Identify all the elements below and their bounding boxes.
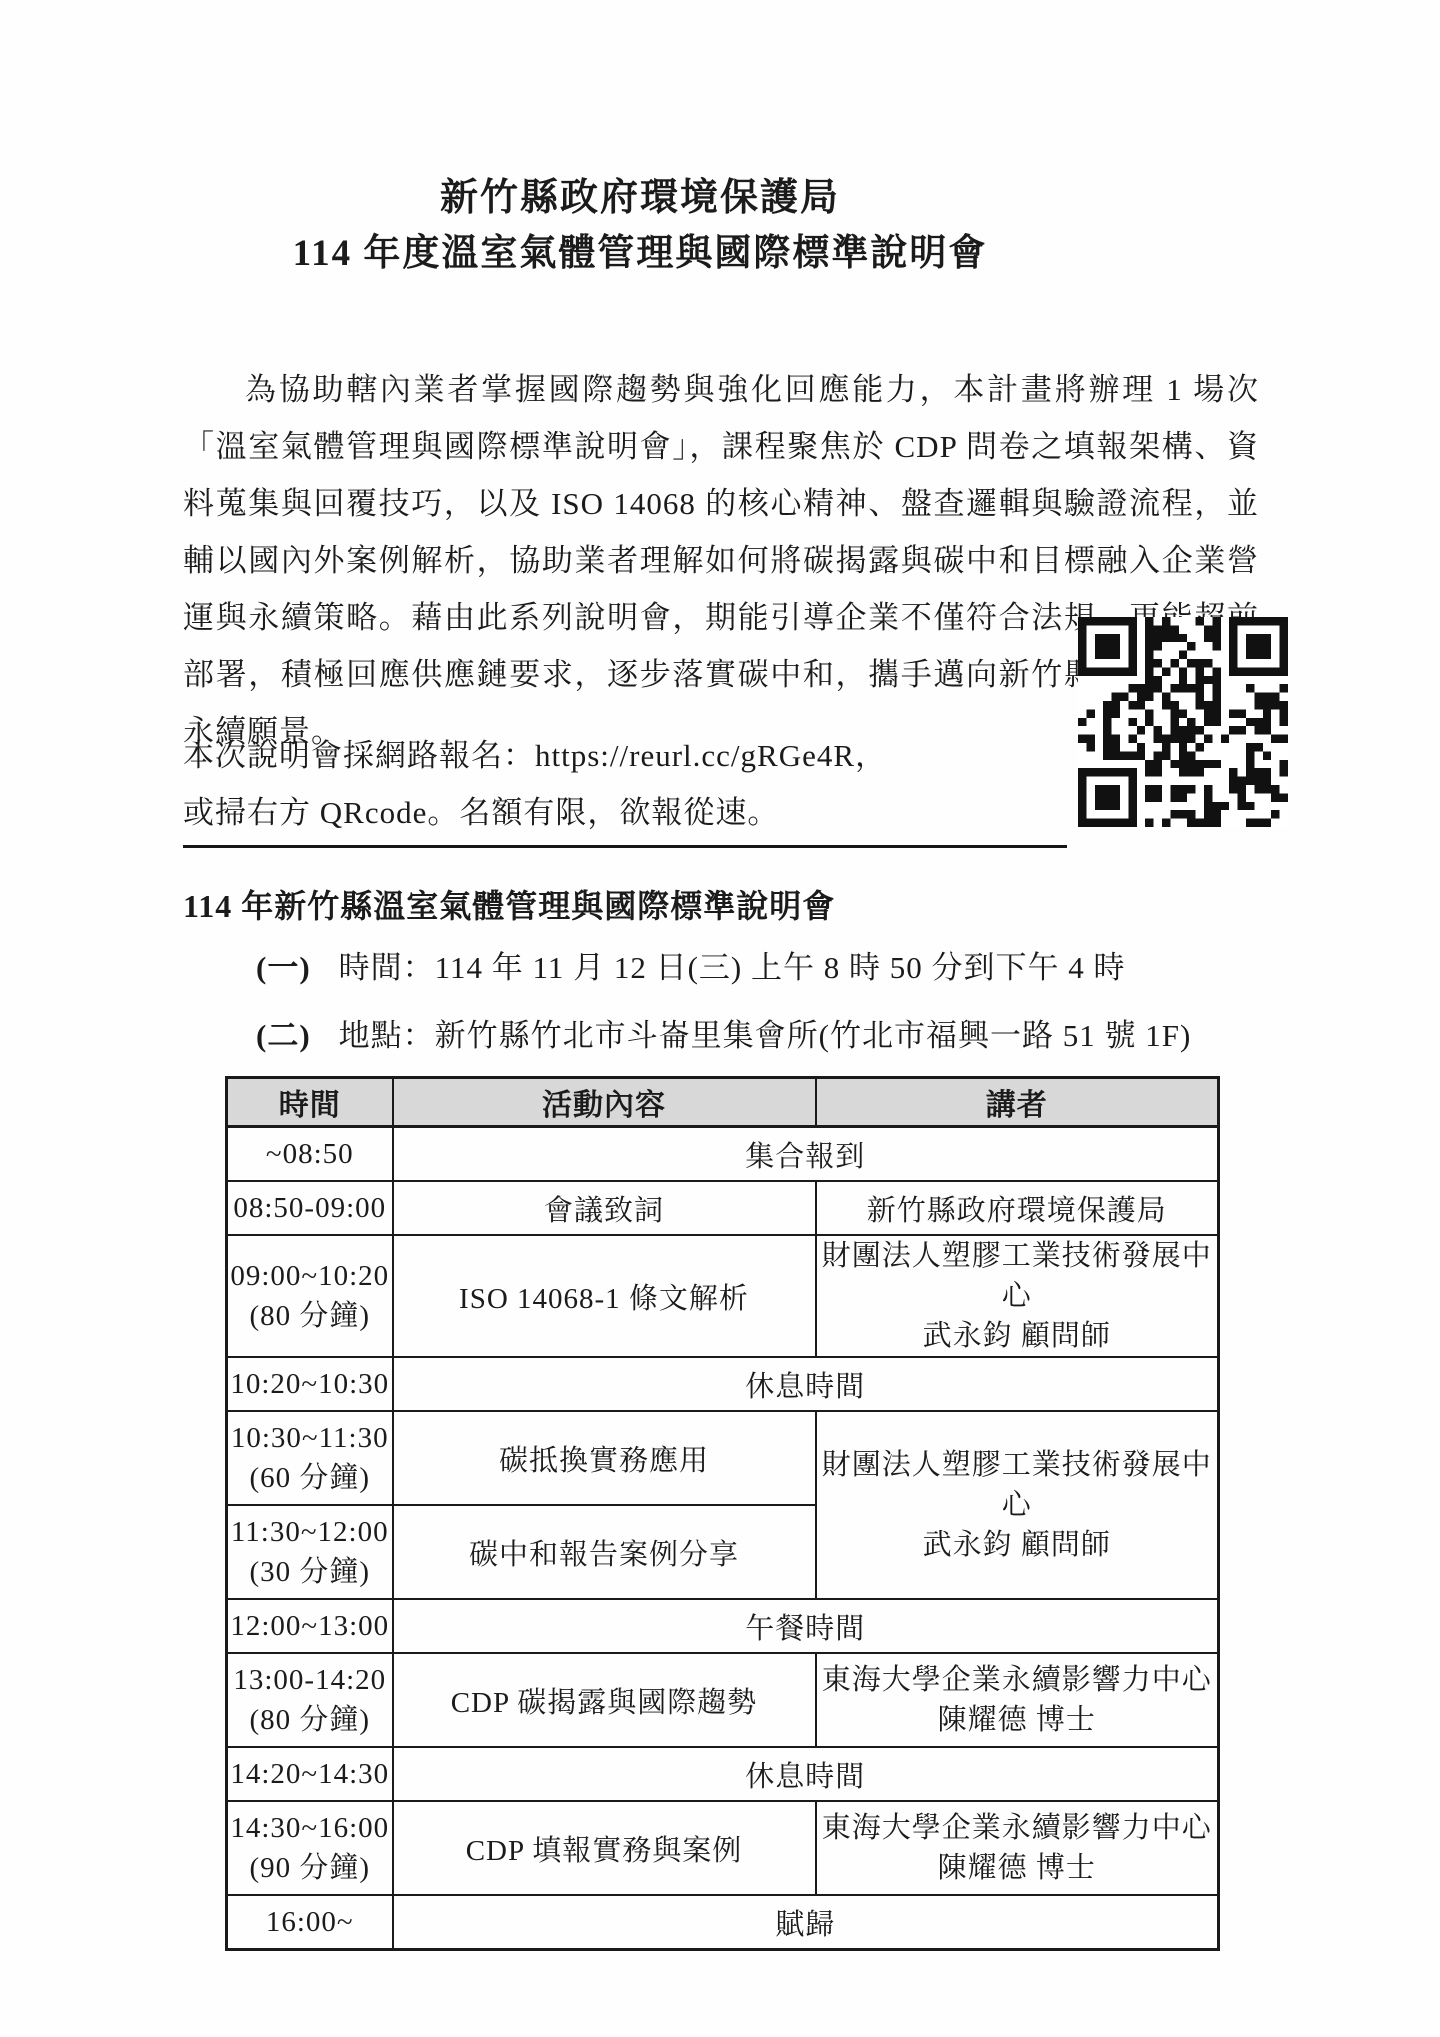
title-line2: 114 年度溫室氣體管理與國際標準說明會: [80, 226, 1200, 282]
schedule-header-row: 時間 活動內容 講者: [227, 1078, 1219, 1127]
cell-speaker: 東海大學企業永續影響力中心陳耀德 博士: [816, 1801, 1219, 1895]
cell-time: 14:30~16:00(90 分鐘): [227, 1801, 393, 1895]
cell-time: 08:50-09:00: [227, 1181, 393, 1235]
schedule-table: 時間 活動內容 講者 ~08:50集合報到08:50-09:00會議致詞新竹縣政…: [225, 1076, 1220, 1951]
cell-activity: 午餐時間: [393, 1599, 1219, 1653]
schedule-header-time: 時間: [227, 1078, 393, 1127]
schedule-body: ~08:50集合報到08:50-09:00會議致詞新竹縣政府環境保護局09:00…: [227, 1127, 1219, 1950]
schedule-row: 13:00-14:20(80 分鐘)CDP 碳揭露與國際趨勢東海大學企業永續影響…: [227, 1653, 1219, 1747]
cell-activity: 碳中和報告案例分享: [393, 1505, 816, 1599]
schedule-header-speaker: 講者: [816, 1078, 1219, 1127]
cell-time: 13:00-14:20(80 分鐘): [227, 1653, 393, 1747]
schedule-header-activity: 活動內容: [393, 1078, 816, 1127]
cell-activity: CDP 碳揭露與國際趨勢: [393, 1653, 816, 1747]
schedule-row: ~08:50集合報到: [227, 1127, 1219, 1182]
schedule-row: 09:00~10:20(80 分鐘)ISO 14068-1 條文解析財團法人塑膠…: [227, 1235, 1219, 1357]
title-line1: 新竹縣政府環境保護局: [80, 170, 1200, 226]
event-detail-time: (一)時間：114 年 11 月 12 日(三) 上午 8 時 50 分到下午 …: [256, 934, 1191, 1002]
schedule-row: 14:20~14:30休息時間: [227, 1747, 1219, 1801]
event-detail-location: (二)地點：新竹縣竹北市斗崙里集會所(竹北市福興一路 51 號 1F): [256, 1002, 1191, 1070]
cell-time: 16:00~: [227, 1895, 393, 1950]
cell-speaker: 東海大學企業永續影響力中心陳耀德 博士: [816, 1653, 1219, 1747]
cell-time: ~08:50: [227, 1127, 393, 1182]
registration-qr-code: [1078, 617, 1288, 827]
detail-marker: (二): [256, 1018, 311, 1053]
registration-line2: 或掃右方 QRcode。名額有限，欲報從速。: [183, 784, 1063, 841]
schedule-row: 10:20~10:30休息時間: [227, 1357, 1219, 1411]
cell-time: 10:30~11:30(60 分鐘): [227, 1411, 393, 1505]
cell-activity: 休息時間: [393, 1357, 1219, 1411]
cell-activity: 集合報到: [393, 1127, 1219, 1182]
schedule-row: 10:30~11:30(60 分鐘)碳抵換實務應用財團法人塑膠工業技術發展中心武…: [227, 1411, 1219, 1505]
section-divider: [183, 845, 1067, 848]
event-heading: 114 年新竹縣溫室氣體管理與國際標準說明會: [183, 884, 835, 928]
document-page: 新竹縣政府環境保護局 114 年度溫室氣體管理與國際標準說明會 為協助轄內業者掌…: [0, 0, 1440, 2037]
schedule-row: 16:00~賦歸: [227, 1895, 1219, 1950]
cell-activity: ISO 14068-1 條文解析: [393, 1235, 816, 1357]
registration-block: 本次說明會採網路報名：https://reurl.cc/gRGe4R， 或掃右方…: [183, 727, 1063, 841]
cell-activity: 賦歸: [393, 1895, 1219, 1950]
cell-time: 11:30~12:00(30 分鐘): [227, 1505, 393, 1599]
cell-activity: 休息時間: [393, 1747, 1219, 1801]
cell-speaker: 新竹縣政府環境保護局: [816, 1181, 1219, 1235]
event-details: (一)時間：114 年 11 月 12 日(三) 上午 8 時 50 分到下午 …: [256, 934, 1191, 1070]
cell-time: 12:00~13:00: [227, 1599, 393, 1653]
detail-text: 時間：114 年 11 月 12 日(三) 上午 8 時 50 分到下午 4 時: [339, 950, 1126, 985]
schedule-row: 08:50-09:00會議致詞新竹縣政府環境保護局: [227, 1181, 1219, 1235]
document-title: 新竹縣政府環境保護局 114 年度溫室氣體管理與國際標準說明會: [80, 170, 1200, 282]
cell-speaker: 財團法人塑膠工業技術發展中心武永鈞 顧問師: [816, 1235, 1219, 1357]
detail-text: 地點：新竹縣竹北市斗崙里集會所(竹北市福興一路 51 號 1F): [339, 1018, 1192, 1053]
cell-time: 10:20~10:30: [227, 1357, 393, 1411]
registration-line1: 本次說明會採網路報名：https://reurl.cc/gRGe4R，: [183, 727, 1063, 784]
schedule-row: 12:00~13:00午餐時間: [227, 1599, 1219, 1653]
cell-activity: 會議致詞: [393, 1181, 816, 1235]
cell-activity: 碳抵換實務應用: [393, 1411, 816, 1505]
detail-marker: (一): [256, 950, 311, 985]
cell-time: 09:00~10:20(80 分鐘): [227, 1235, 393, 1357]
cell-speaker: 財團法人塑膠工業技術發展中心武永鈞 顧問師: [816, 1411, 1219, 1599]
cell-activity: CDP 填報實務與案例: [393, 1801, 816, 1895]
schedule-row: 14:30~16:00(90 分鐘)CDP 填報實務與案例東海大學企業永續影響力…: [227, 1801, 1219, 1895]
cell-time: 14:20~14:30: [227, 1747, 393, 1801]
